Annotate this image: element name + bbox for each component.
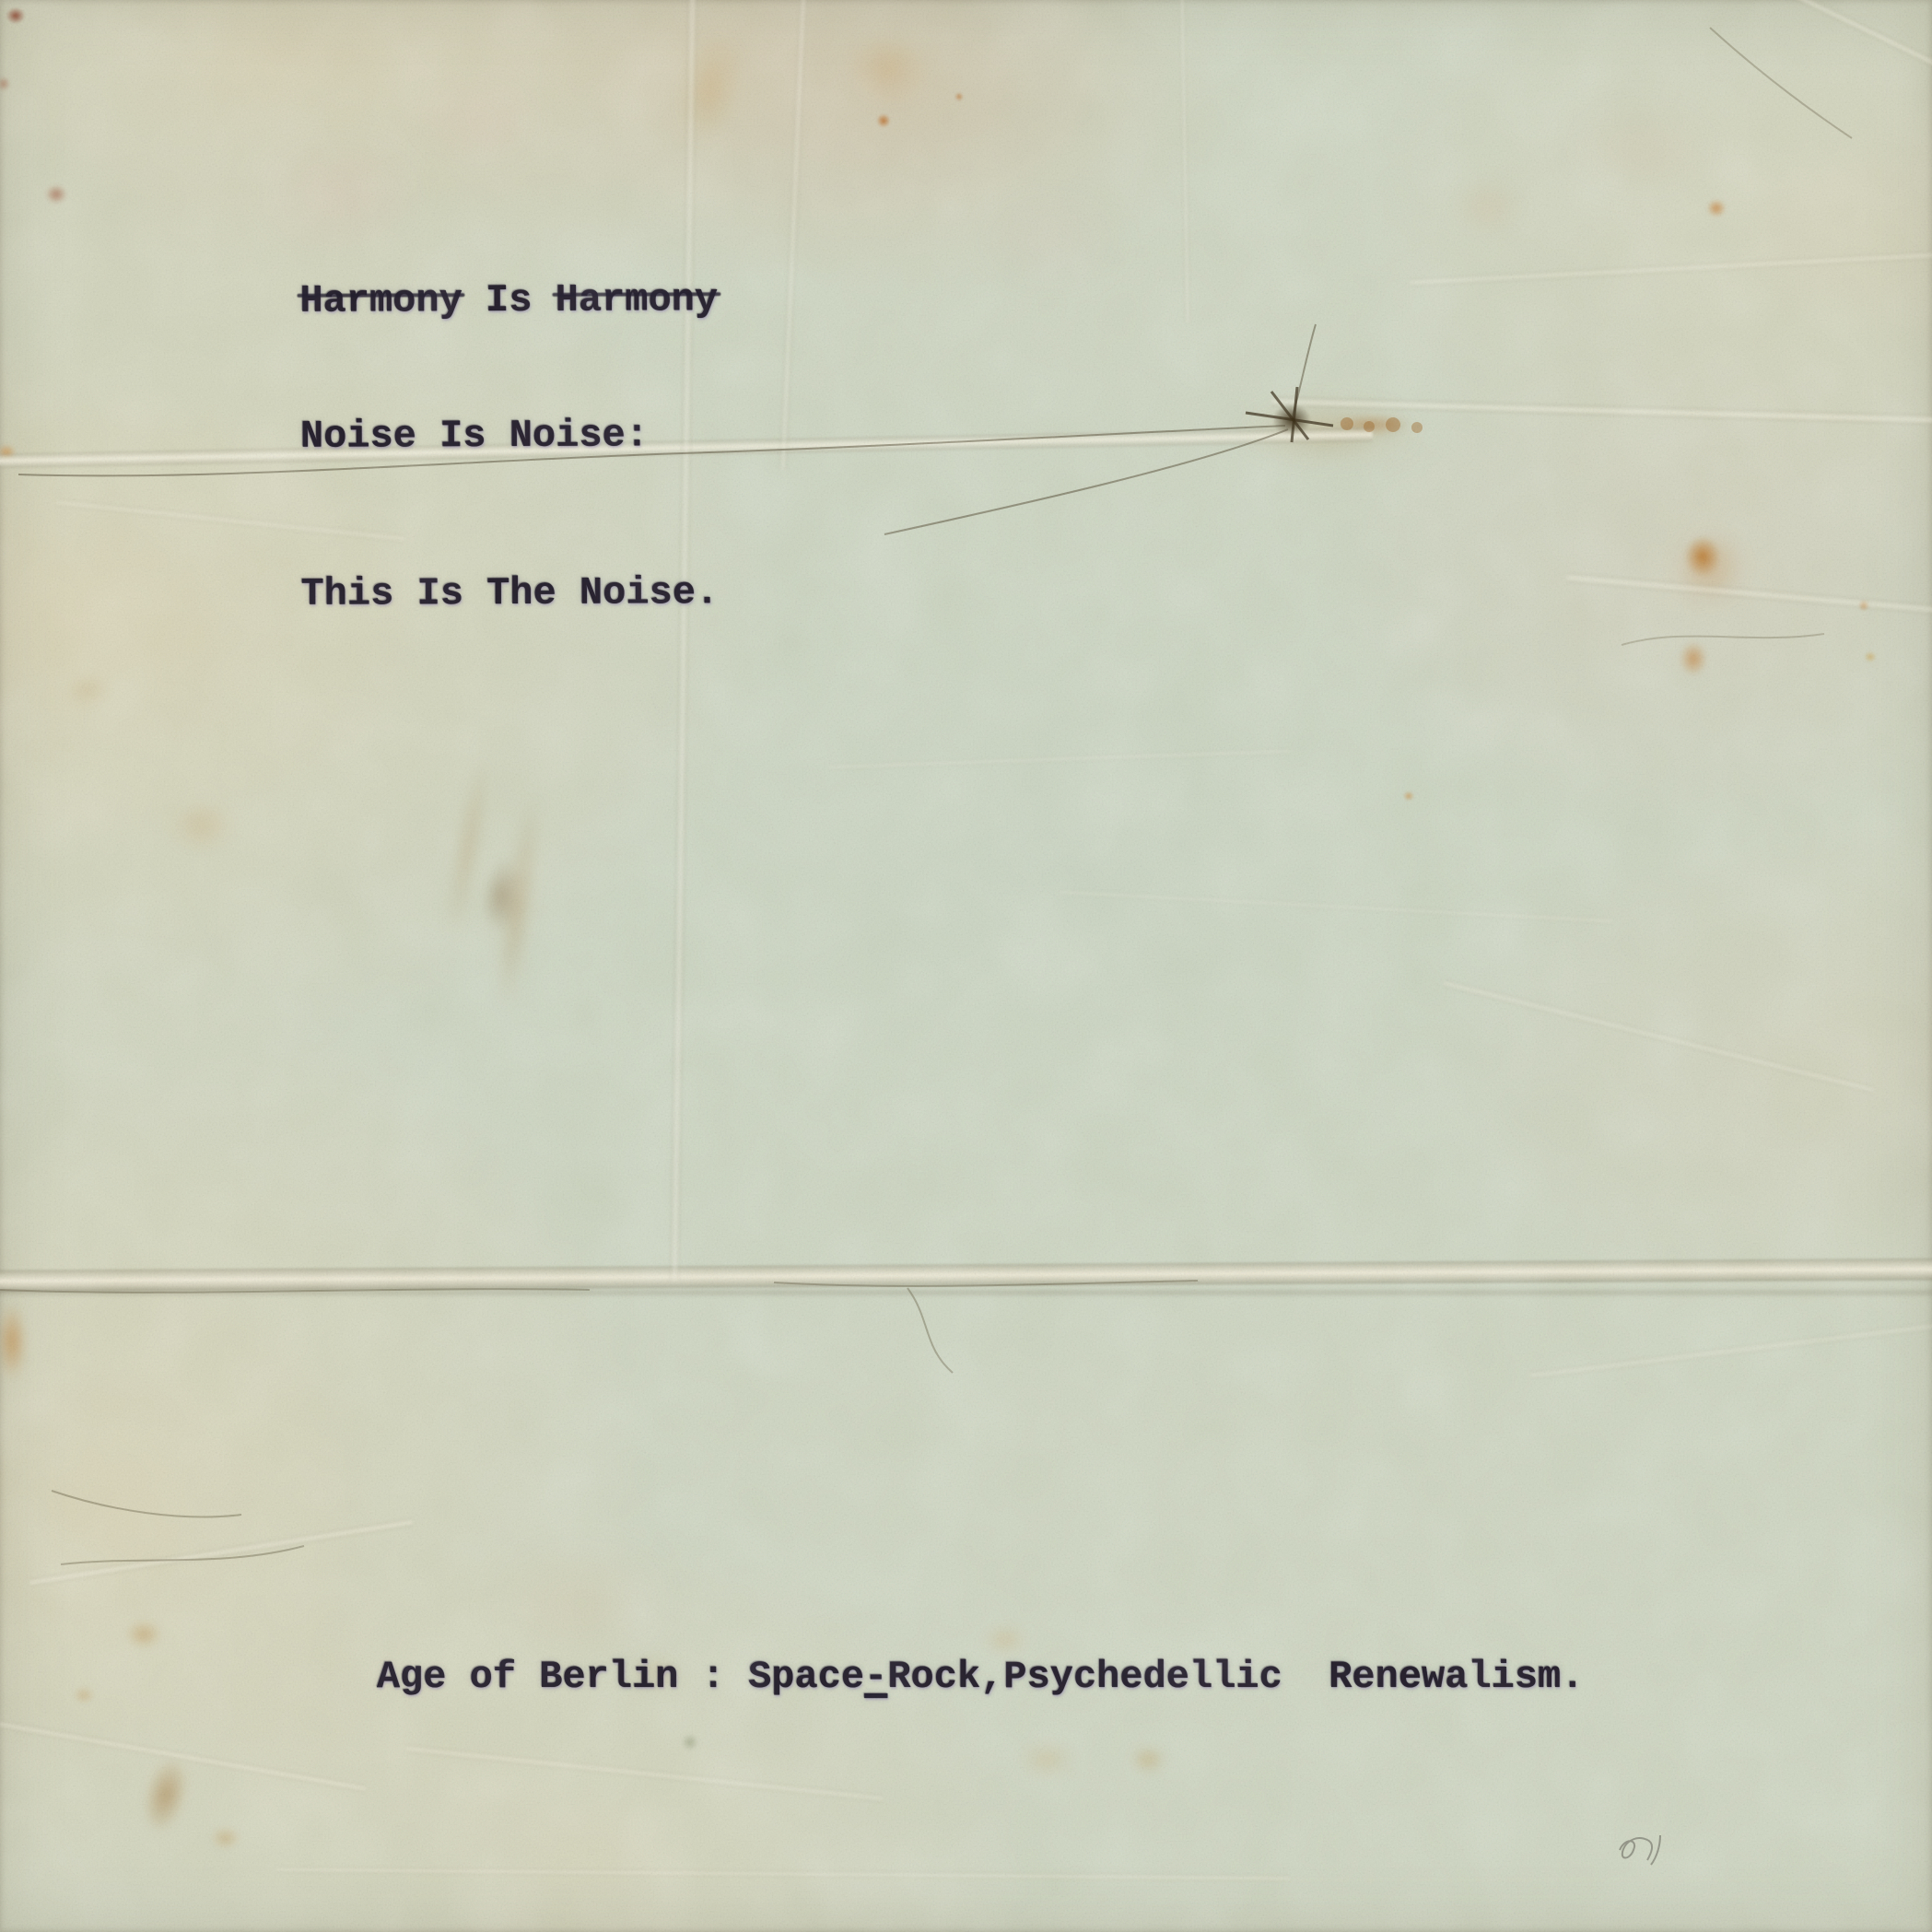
stain	[1437, 166, 1539, 249]
typed-line-3: This Is The Noise.	[300, 570, 719, 617]
crease	[1060, 888, 1612, 924]
stain	[940, 166, 1161, 313]
stain-spot	[0, 74, 13, 94]
stain-spot	[1673, 634, 1714, 684]
crease	[406, 1744, 884, 1803]
typed-line-1: Harmony Is Harmony	[299, 277, 718, 324]
stain	[387, 55, 571, 184]
crease	[1178, 0, 1191, 322]
stain-spot	[1703, 195, 1730, 221]
stain-spot	[118, 1614, 170, 1655]
ink-blotch-trail	[1317, 411, 1428, 439]
struck-word: Harmony	[556, 277, 719, 323]
crease	[276, 1866, 1290, 1882]
crease	[1530, 1319, 1932, 1380]
crumpled-paper-sheet: Harmony Is Harmony Noise Is Noise: This …	[0, 0, 1932, 1932]
typed-note-block: Harmony Is Harmony Noise Is Noise: This …	[299, 187, 720, 708]
crease	[1410, 249, 1932, 287]
stain-spot	[1856, 597, 1872, 614]
stain-spot	[1677, 527, 1728, 586]
stain	[1122, 1739, 1174, 1780]
crease	[29, 1517, 413, 1587]
stain-spot	[0, 440, 20, 464]
stain	[1520, 74, 1760, 221]
genre-line: Age of Berlin : Space-Rock,Psychedellic …	[284, 1610, 1584, 1745]
crease	[829, 747, 1290, 770]
typed-line-2: Noise Is Noise:	[300, 413, 719, 460]
stain-spot	[873, 111, 894, 131]
ink-blotch	[1266, 398, 1317, 442]
stain-spot	[953, 90, 966, 103]
stain	[59, 669, 114, 711]
stain-spot	[68, 1682, 100, 1708]
stain-spot	[1861, 649, 1879, 665]
crease	[1443, 978, 1874, 1095]
stain	[653, 3, 767, 173]
smudge-streak	[468, 837, 534, 954]
stain	[157, 789, 249, 862]
crease	[1676, 0, 1932, 112]
crease	[1271, 396, 1932, 427]
stain-spot	[205, 1822, 247, 1854]
stain-spot	[41, 181, 72, 208]
smudge-streak	[426, 708, 509, 987]
stain-spot	[2, 4, 29, 28]
pencil-squiggle	[1620, 1835, 1660, 1865]
crease	[1566, 572, 1932, 618]
stain-spot	[123, 1734, 207, 1856]
struck-word: Harmony	[299, 278, 463, 324]
stain	[1658, 516, 1760, 617]
ink-blotch-halo	[1198, 385, 1456, 477]
fold-line	[0, 1259, 1932, 1293]
crease	[779, 0, 809, 470]
fold-shadow	[0, 1290, 1932, 1295]
stain-spot	[1400, 789, 1417, 803]
stain	[0, 1286, 33, 1397]
overstruck-hyphen: -	[864, 1655, 887, 1699]
smudge-streak	[476, 744, 562, 1060]
stain	[829, 18, 949, 120]
